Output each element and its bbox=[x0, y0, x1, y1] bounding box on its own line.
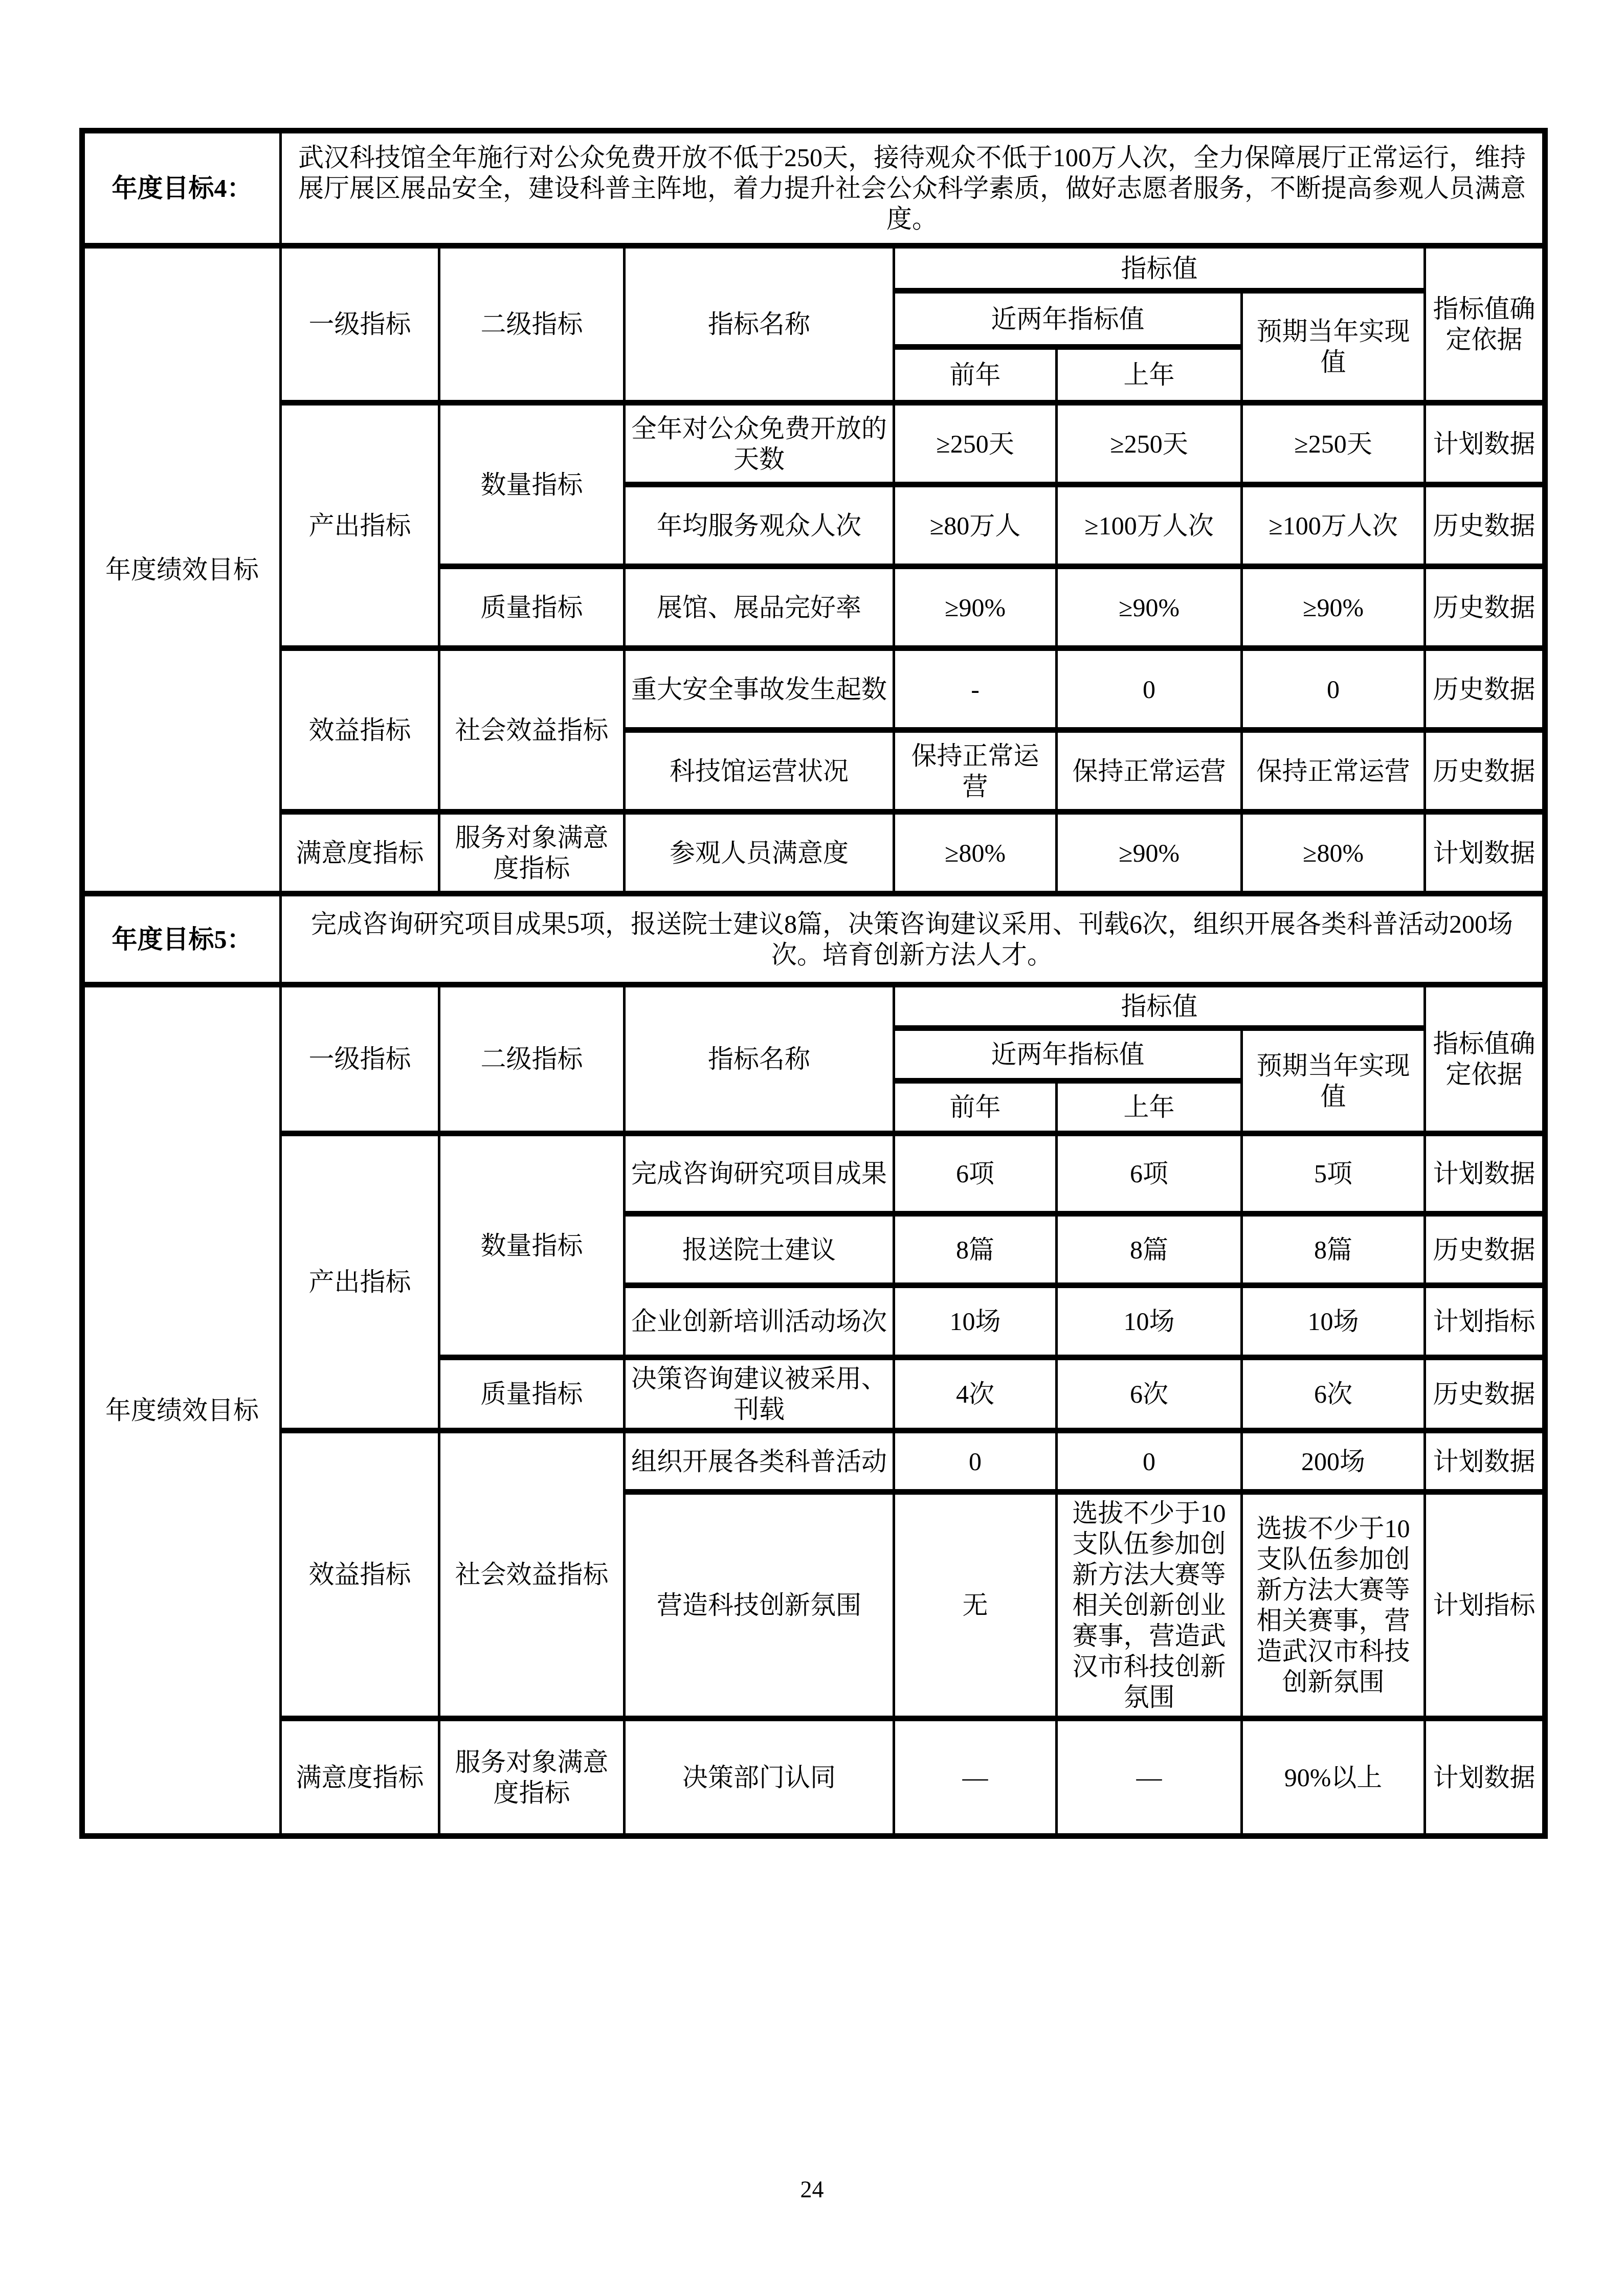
table-row: 满意度指标 服务对象满意度指标 决策部门认同 — — 90%以上 计划数据 bbox=[82, 1719, 1545, 1836]
cell-prev2: 保持正常运营 bbox=[894, 730, 1057, 812]
cell-indicator-name: 营造科技创新氛围 bbox=[625, 1492, 894, 1719]
cell-prev2: ≥250天 bbox=[894, 403, 1057, 485]
t5-header-level2: 二级指标 bbox=[439, 985, 625, 1134]
cell-basis: 计划指标 bbox=[1425, 1286, 1545, 1358]
cell-level1: 产出指标 bbox=[281, 1134, 439, 1431]
goal5-description: 完成咨询研究项目成果5项，报送院士建议8篇，决策咨询建议采用、刊载6次，组织开展… bbox=[281, 894, 1545, 985]
cell-prev2: 6项 bbox=[894, 1134, 1057, 1214]
cell-prev2: 10场 bbox=[894, 1286, 1057, 1358]
cell-level2: 社会效益指标 bbox=[439, 1431, 625, 1719]
cell-prev2: 0 bbox=[894, 1431, 1057, 1492]
t5-header-row-1: 年度绩效目标 一级指标 二级指标 指标名称 指标值 指标值确定依据 bbox=[82, 985, 1545, 1028]
cell-expected: 90%以上 bbox=[1242, 1719, 1425, 1836]
cell-expected: ≥80% bbox=[1242, 812, 1425, 894]
page-number: 24 bbox=[0, 2176, 1624, 2203]
goal5-label: 年度目标5： bbox=[82, 894, 281, 985]
cell-prev2: ≥90% bbox=[894, 567, 1057, 648]
cell-indicator-name: 展馆、展品完好率 bbox=[625, 567, 894, 648]
cell-level2: 质量指标 bbox=[439, 567, 625, 648]
t5-header-indicator-value: 指标值 bbox=[894, 985, 1425, 1028]
cell-basis: 计划数据 bbox=[1425, 1134, 1545, 1214]
cell-expected: 10场 bbox=[1242, 1286, 1425, 1358]
cell-prev1: 6次 bbox=[1057, 1358, 1242, 1431]
cell-prev1: ≥90% bbox=[1057, 812, 1242, 894]
document-page: 年度目标4： 武汉科技馆全年施行对公众免费开放不低于250天，接待观众不低于10… bbox=[0, 0, 1624, 2296]
cell-basis: 历史数据 bbox=[1425, 1214, 1545, 1286]
t4-header-expected: 预期当年实现值 bbox=[1242, 291, 1425, 403]
cell-indicator-name: 报送院士建议 bbox=[625, 1214, 894, 1286]
t4-header-indicator-name: 指标名称 bbox=[625, 246, 894, 403]
cell-prev1: 6项 bbox=[1057, 1134, 1242, 1214]
cell-basis: 计划数据 bbox=[1425, 403, 1545, 485]
goal4-description: 武汉科技馆全年施行对公众免费开放不低于250天，接待观众不低于100万人次，全力… bbox=[281, 131, 1545, 246]
table-row: 满意度指标 服务对象满意度指标 参观人员满意度 ≥80% ≥90% ≥80% 计… bbox=[82, 812, 1545, 894]
cell-indicator-name: 决策部门认同 bbox=[625, 1719, 894, 1836]
t5-header-expected: 预期当年实现值 bbox=[1242, 1028, 1425, 1134]
cell-level2: 质量指标 bbox=[439, 1358, 625, 1431]
cell-prev1: ≥100万人次 bbox=[1057, 485, 1242, 567]
cell-level2: 服务对象满意度指标 bbox=[439, 812, 625, 894]
cell-prev2: - bbox=[894, 648, 1057, 730]
t5-header-year-before-last: 前年 bbox=[894, 1081, 1057, 1134]
cell-level2: 数量指标 bbox=[439, 403, 625, 567]
cell-level2: 社会效益指标 bbox=[439, 648, 625, 812]
goal4-row: 年度目标4： 武汉科技馆全年施行对公众免费开放不低于250天，接待观众不低于10… bbox=[82, 131, 1545, 246]
cell-basis: 计划指标 bbox=[1425, 1492, 1545, 1719]
cell-indicator-name: 组织开展各类科普活动 bbox=[625, 1431, 894, 1492]
cell-indicator-name: 决策咨询建议被采用、刊载 bbox=[625, 1358, 894, 1431]
cell-indicator-name: 全年对公众免费开放的天数 bbox=[625, 403, 894, 485]
cell-basis: 历史数据 bbox=[1425, 485, 1545, 567]
t5-header-value-basis: 指标值确定依据 bbox=[1425, 985, 1545, 1134]
t4-header-value-basis: 指标值确定依据 bbox=[1425, 246, 1545, 403]
cell-level2: 服务对象满意度指标 bbox=[439, 1719, 625, 1836]
goal5-row: 年度目标5： 完成咨询研究项目成果5项，报送院士建议8篇，决策咨询建议采用、刊载… bbox=[82, 894, 1545, 985]
performance-table: 年度目标4： 武汉科技馆全年施行对公众免费开放不低于250天，接待观众不低于10… bbox=[79, 128, 1548, 1839]
cell-basis: 计划数据 bbox=[1425, 1431, 1545, 1492]
cell-prev1: ≥90% bbox=[1057, 567, 1242, 648]
cell-prev2: — bbox=[894, 1719, 1057, 1836]
cell-prev1: 8篇 bbox=[1057, 1214, 1242, 1286]
cell-prev2: ≥80万人 bbox=[894, 485, 1057, 567]
t4-perf-target-label: 年度绩效目标 bbox=[82, 246, 281, 894]
cell-prev1: 保持正常运营 bbox=[1057, 730, 1242, 812]
cell-expected: 保持正常运营 bbox=[1242, 730, 1425, 812]
cell-expected: ≥90% bbox=[1242, 567, 1425, 648]
cell-basis: 历史数据 bbox=[1425, 730, 1545, 812]
table-row: 效益指标 社会效益指标 组织开展各类科普活动 0 0 200场 计划数据 bbox=[82, 1431, 1545, 1492]
cell-indicator-name: 重大安全事故发生起数 bbox=[625, 648, 894, 730]
cell-indicator-name: 科技馆运营状况 bbox=[625, 730, 894, 812]
goal4-label: 年度目标4： bbox=[82, 131, 281, 246]
cell-prev1: 0 bbox=[1057, 1431, 1242, 1492]
cell-basis: 计划数据 bbox=[1425, 812, 1545, 894]
t4-header-row-1: 年度绩效目标 一级指标 二级指标 指标名称 指标值 指标值确定依据 bbox=[82, 246, 1545, 291]
t5-header-last-year: 上年 bbox=[1057, 1081, 1242, 1134]
t4-header-last-year: 上年 bbox=[1057, 347, 1242, 403]
cell-expected: ≥250天 bbox=[1242, 403, 1425, 485]
cell-expected: 200场 bbox=[1242, 1431, 1425, 1492]
t4-header-level2: 二级指标 bbox=[439, 246, 625, 403]
cell-expected: 5项 bbox=[1242, 1134, 1425, 1214]
t4-header-recent-two-years: 近两年指标值 bbox=[894, 291, 1242, 347]
t5-header-indicator-name: 指标名称 bbox=[625, 985, 894, 1134]
cell-prev1: 10场 bbox=[1057, 1286, 1242, 1358]
table-row: 效益指标 社会效益指标 重大安全事故发生起数 - 0 0 历史数据 bbox=[82, 648, 1545, 730]
t5-header-level1: 一级指标 bbox=[281, 985, 439, 1134]
cell-basis: 历史数据 bbox=[1425, 567, 1545, 648]
t4-header-year-before-last: 前年 bbox=[894, 347, 1057, 403]
t5-header-recent-two-years: 近两年指标值 bbox=[894, 1028, 1242, 1081]
table-row: 产出指标 数量指标 完成咨询研究项目成果 6项 6项 5项 计划数据 bbox=[82, 1134, 1545, 1214]
cell-expected: 0 bbox=[1242, 648, 1425, 730]
cell-level1: 满意度指标 bbox=[281, 1719, 439, 1836]
cell-basis: 历史数据 bbox=[1425, 648, 1545, 730]
cell-basis: 计划数据 bbox=[1425, 1719, 1545, 1836]
cell-prev2: ≥80% bbox=[894, 812, 1057, 894]
cell-basis: 历史数据 bbox=[1425, 1358, 1545, 1431]
cell-indicator-name: 参观人员满意度 bbox=[625, 812, 894, 894]
cell-prev2: 无 bbox=[894, 1492, 1057, 1719]
cell-expected: ≥100万人次 bbox=[1242, 485, 1425, 567]
cell-level1: 满意度指标 bbox=[281, 812, 439, 894]
t5-perf-target-label: 年度绩效目标 bbox=[82, 985, 281, 1836]
cell-prev2: 8篇 bbox=[894, 1214, 1057, 1286]
cell-level1: 效益指标 bbox=[281, 648, 439, 812]
cell-prev1: ≥250天 bbox=[1057, 403, 1242, 485]
t4-header-indicator-value: 指标值 bbox=[894, 246, 1425, 291]
cell-expected: 6次 bbox=[1242, 1358, 1425, 1431]
table-row: 产出指标 数量指标 全年对公众免费开放的天数 ≥250天 ≥250天 ≥250天… bbox=[82, 403, 1545, 485]
cell-indicator-name: 企业创新培训活动场次 bbox=[625, 1286, 894, 1358]
cell-expected: 选拔不少于10支队伍参加创新方法大赛等相关赛事，营造武汉市科技创新氛围 bbox=[1242, 1492, 1425, 1719]
cell-expected: 8篇 bbox=[1242, 1214, 1425, 1286]
cell-level1: 产出指标 bbox=[281, 403, 439, 648]
cell-prev1: 选拔不少于10支队伍参加创新方法大赛等相关创新创业赛事，营造武汉市科技创新氛围 bbox=[1057, 1492, 1242, 1719]
cell-prev1: — bbox=[1057, 1719, 1242, 1836]
cell-indicator-name: 年均服务观众人次 bbox=[625, 485, 894, 567]
cell-prev1: 0 bbox=[1057, 648, 1242, 730]
t4-header-level1: 一级指标 bbox=[281, 246, 439, 403]
cell-level1: 效益指标 bbox=[281, 1431, 439, 1719]
cell-indicator-name: 完成咨询研究项目成果 bbox=[625, 1134, 894, 1214]
cell-prev2: 4次 bbox=[894, 1358, 1057, 1431]
cell-level2: 数量指标 bbox=[439, 1134, 625, 1358]
